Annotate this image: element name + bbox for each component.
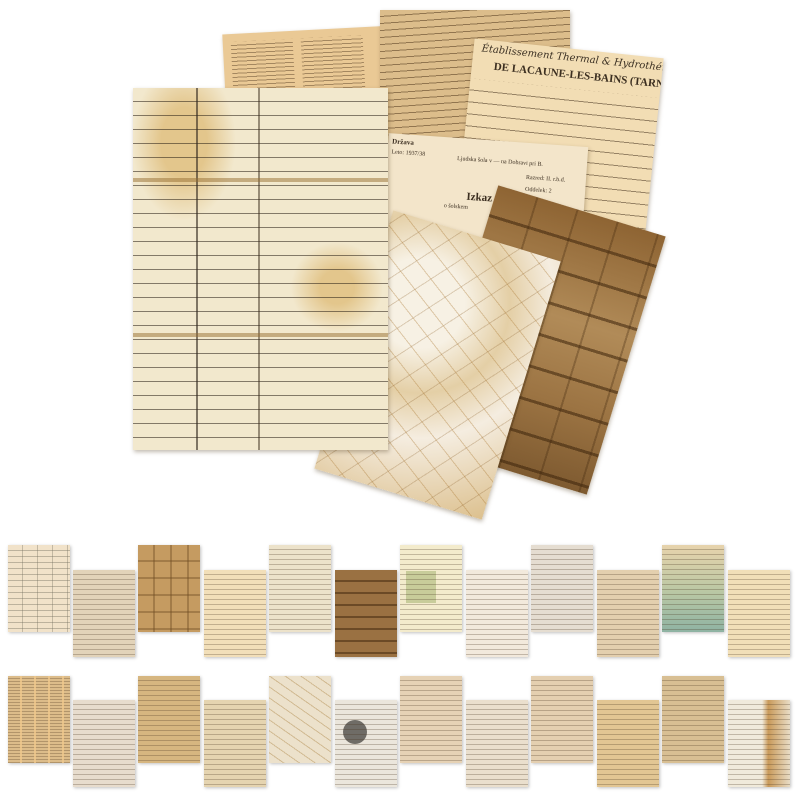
thumbnail-envelope-collage-repeat: [531, 676, 593, 763]
thumbnail-invoice-with-stamp: [400, 545, 462, 632]
thumbnail-patchwork-letters: [204, 700, 266, 787]
thumbnail-aged-book-page: [597, 700, 659, 787]
thumbnail-handwritten-letter-signed: [204, 570, 266, 657]
thumbnail-ledger-form: [8, 545, 70, 632]
form-heading: Izkaz: [466, 191, 492, 205]
form-field-leto: Leto: 1937/38: [391, 149, 425, 157]
thumbnail-envelope-collage: [400, 676, 462, 763]
thumbnail-stained-plaster: [73, 700, 135, 787]
thumbnail-collage-lions-de: [73, 570, 135, 657]
thumbnail-newspaper-columns: [8, 676, 70, 763]
thumbnail-lined-letter-stained: [728, 700, 790, 787]
thumbnail-thermal-letter-small: [728, 570, 790, 657]
thumbnail-gray-script-texture: [531, 545, 593, 632]
thumbnail-brown-ledger: [335, 570, 397, 657]
torn-handwritten-sheet-front: [133, 88, 388, 450]
thumbnail-folded-script-texture: [597, 570, 659, 657]
thumbnail-envelope-collage-light: [466, 700, 528, 787]
thumbnail-accounts-ledger: [466, 570, 528, 657]
form-field-drzava: Država: [392, 137, 414, 146]
form-field-razred: Razred: II. r.b.d.: [526, 175, 566, 184]
thumbnail-patchwork-newsprint: [138, 545, 200, 632]
thumbnail-faded-newsprint-grid: [138, 676, 200, 763]
thumbnail-teal-collage: [662, 545, 724, 632]
thumbnail-torn-handwritten: [269, 545, 331, 632]
form-field-school: Ljudska šola v — na Dobravi pri B.: [457, 156, 543, 168]
thumbnail-cracked-paint: [269, 676, 331, 763]
form-field-oddelek: Oddelek: 2: [525, 187, 552, 195]
thumbnail-crumpled-stained: [662, 676, 724, 763]
form-subheading: o šolskem: [444, 203, 469, 211]
thumbnail-rose-collage: [335, 700, 397, 787]
